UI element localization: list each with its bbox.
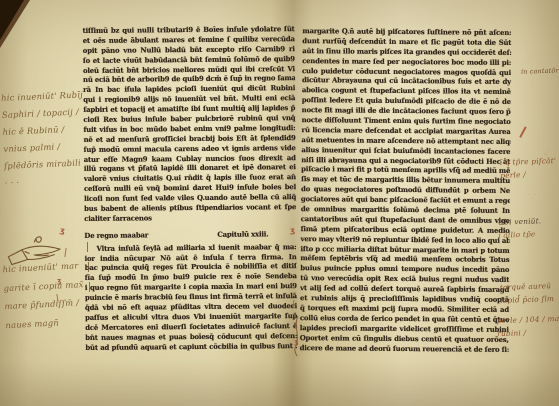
paraph-mark: ʒ bbox=[57, 277, 61, 285]
margin-note-line: perle / bbox=[500, 167, 557, 182]
left-page-paragraph-2: Vltra inſulā ſeylā ad miliaria xl iuenit… bbox=[84, 243, 297, 354]
pen-tick bbox=[64, 248, 67, 257]
gutter-flourish bbox=[292, 316, 302, 356]
pen-tick bbox=[89, 282, 90, 292]
text-line: būt ad pſundū aquarū et capiunt cōcbilia… bbox=[85, 342, 297, 354]
left-page: tiſſimū bz qui nulli tributari9 ē Boīes … bbox=[83, 25, 298, 353]
margin-note-line: lapid̄ p̄cio ſīm bbox=[500, 292, 554, 307]
chapter-heading-number: Capitulū xxiii. bbox=[217, 230, 268, 240]
margin-note-line: rubini / bbox=[497, 325, 559, 340]
paraph-mark: ʒ bbox=[59, 226, 66, 236]
margin-note-104-pearls: perle / 104 / maḡ rubini / bbox=[497, 312, 559, 340]
pen-tick bbox=[88, 262, 89, 272]
text-line: cialiter ſarracenos bbox=[84, 213, 296, 225]
margin-note-line: naues magn̄ bbox=[5, 311, 92, 334]
margin-note-line: perle / 104 / maḡ bbox=[497, 312, 559, 327]
chapter-heading: De regno maabar Capitulū xxiii. bbox=[84, 230, 296, 242]
chapter-heading-title: De regno maabar bbox=[84, 231, 148, 241]
right-page-paragraph: margarite Q.ñ autē bij piſcatores ſuſtin… bbox=[300, 27, 512, 355]
left-page-paragraph-1: tiſſimū bz qui nulli tributari9 ē Boīes … bbox=[83, 25, 297, 225]
faint-scribble: · ͙ · bbox=[528, 192, 535, 199]
text-line: dicere de mane ad deorū ſuorum reuerenci… bbox=[300, 344, 509, 356]
margin-note-incantatores: in cantatōres bbox=[521, 64, 559, 79]
text-line: bus babent de alienis ptibus ſtipendiari… bbox=[84, 203, 296, 215]
right-page: margarite Q.ñ autē bij piſcatores ſuſtin… bbox=[300, 27, 512, 355]
margin-note-line: in cantatōres bbox=[521, 64, 559, 79]
margin-note-dots: · · · bbox=[5, 171, 92, 192]
margin-note-golden-torque: torquē aureū lapid̄ p̄cio ſīm bbox=[500, 279, 555, 307]
pen-tick bbox=[87, 242, 88, 252]
margin-note-line: ī q̄ tp̄re piſcāt' bbox=[500, 154, 557, 169]
margin-note-other-season: Ubi veniūt. ī allio tp̄e bbox=[498, 214, 543, 242]
margin-note-pearls: hic inueniūt' mar garite ī copia max̄ ma… bbox=[2, 256, 92, 334]
margin-note-fishing-season: ī q̄ tp̄re piſcāt' perle / bbox=[500, 154, 557, 182]
rubric-slash bbox=[519, 126, 526, 137]
margin-note-gems: hic inueniūt' Rubīj Saphiri / topacij / … bbox=[1, 86, 91, 192]
margin-note-line: ī allio tp̄e bbox=[498, 227, 542, 242]
book-photo: tiſſimū bz qui nulli tributari9 ē Boīes … bbox=[0, 0, 559, 406]
faint-scribble: ·˾· bbox=[543, 148, 549, 155]
paraph-mark: ʒ bbox=[290, 226, 295, 235]
